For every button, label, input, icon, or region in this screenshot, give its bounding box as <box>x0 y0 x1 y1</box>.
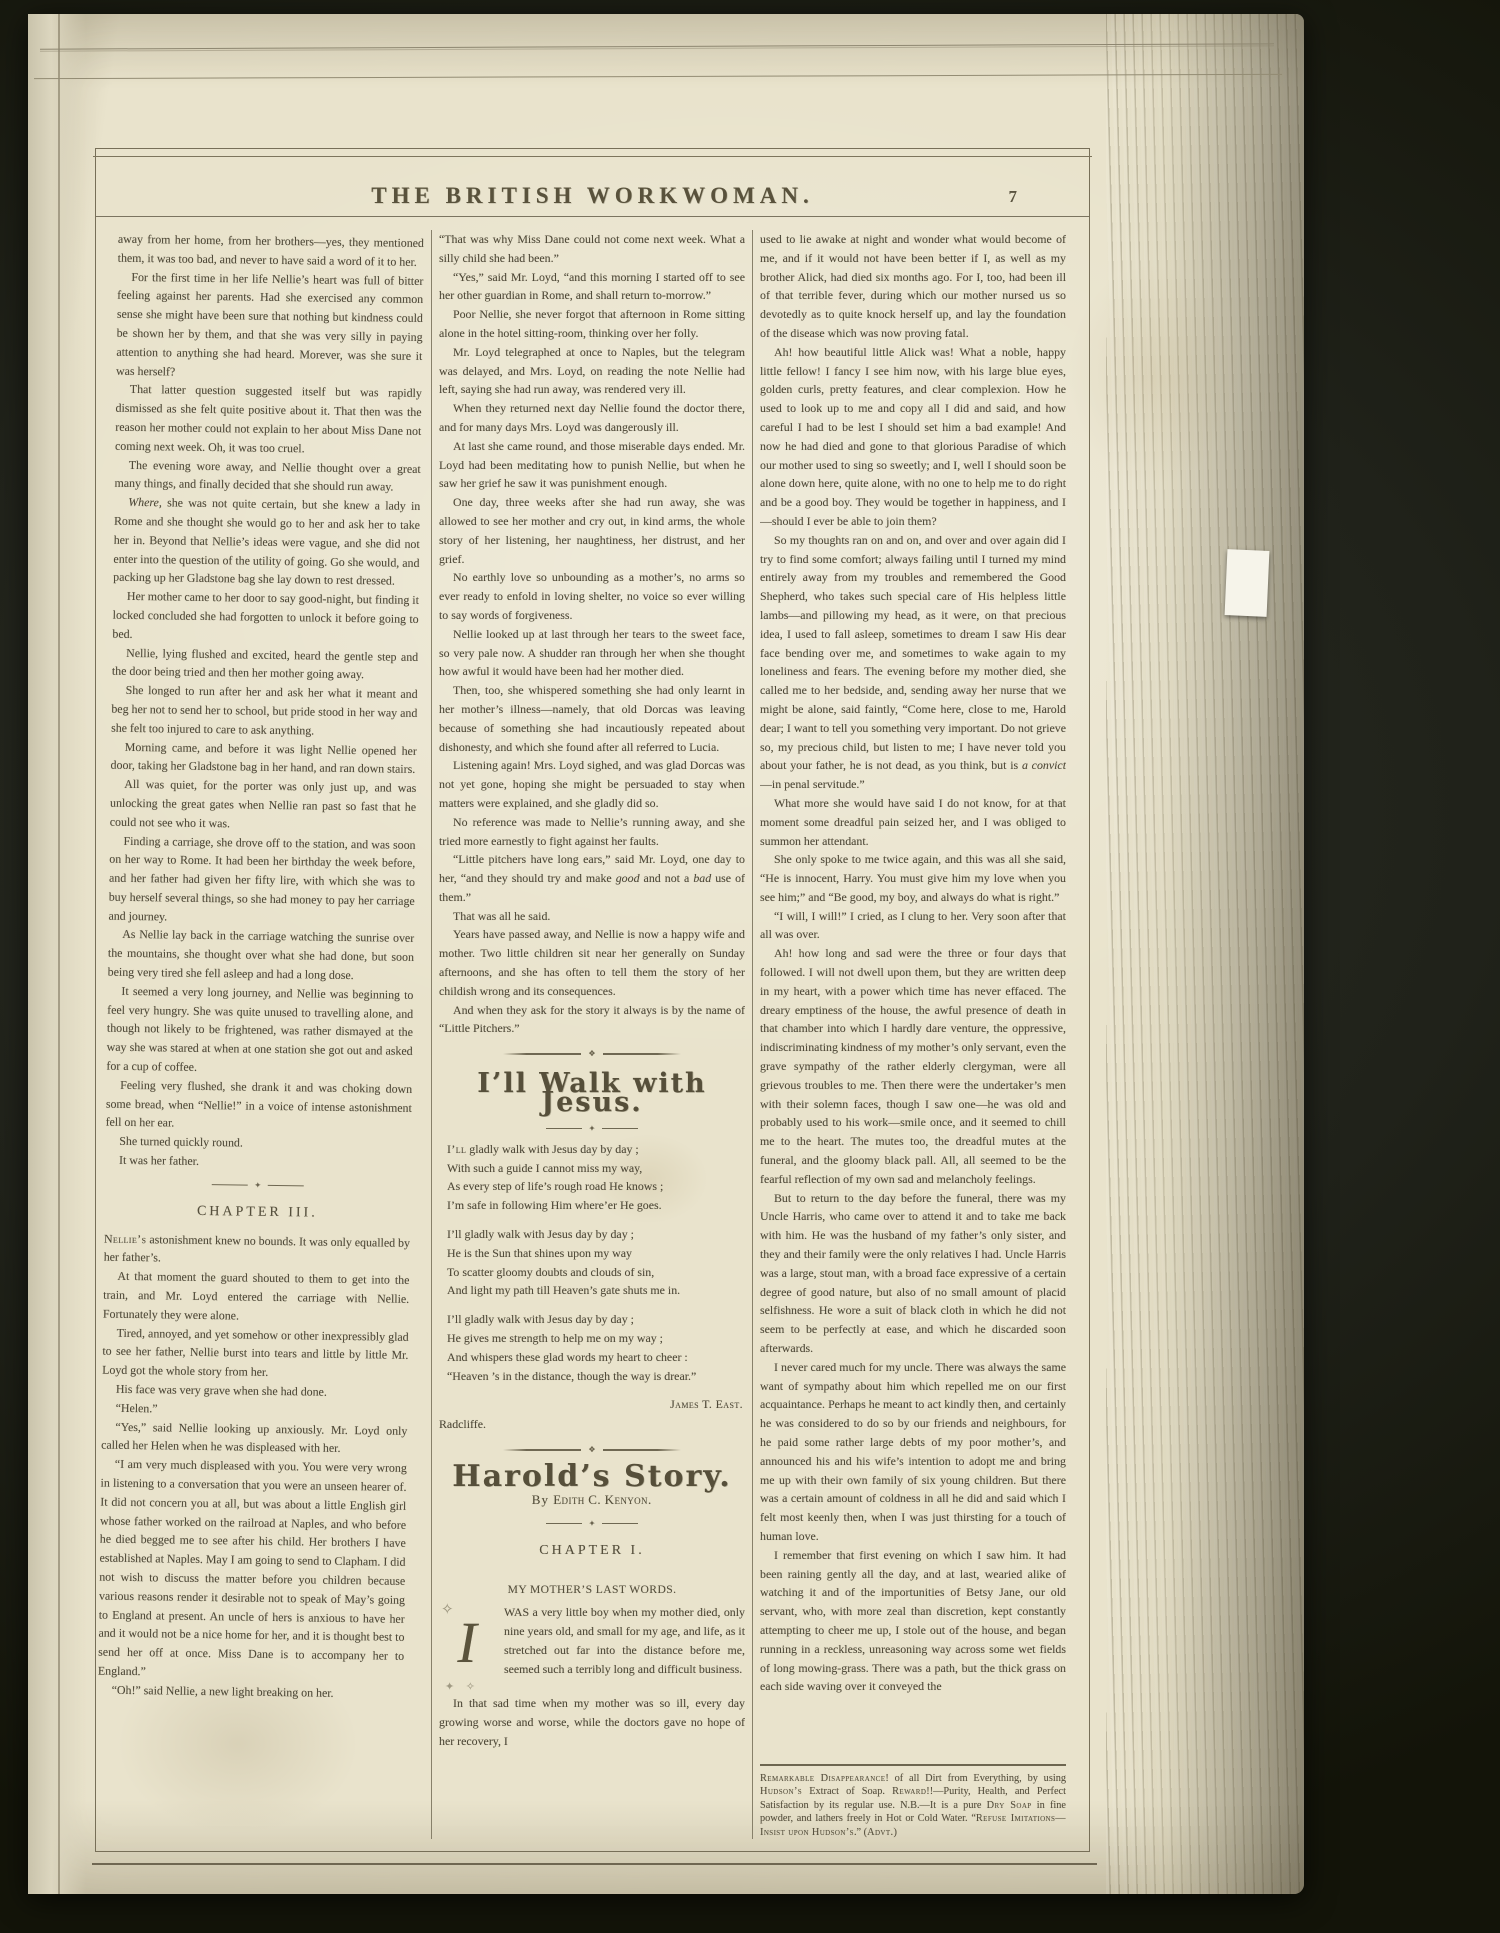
paragraph: Nellie, lying flushed and excited, heard… <box>112 643 418 685</box>
paragraph: I remember that first evening on which I… <box>760 1546 1066 1696</box>
paragraph: “Yes,” said Mr. Loyd, “and this morning … <box>439 268 745 306</box>
running-head: THE BRITISH WORKWOMAN. 7 <box>96 149 1089 217</box>
paragraph: So my thoughts ran on and on, and over a… <box>760 531 1066 794</box>
chapter-heading: CHAPTER I. <box>439 1542 745 1561</box>
ornament-icon: ❖ <box>588 1050 595 1058</box>
paragraph: Years have passed away, and Nellie is no… <box>439 925 745 1000</box>
paragraph: As Nellie lay back in the carriage watch… <box>108 925 415 986</box>
paragraph: Morning came, and before it was light Ne… <box>110 737 416 779</box>
ornament-line <box>268 1185 304 1187</box>
advertisement: Remarkable Disappearance! of all Dirt fr… <box>760 1764 1066 1839</box>
ornament-line <box>602 1523 638 1524</box>
paragraph: Mr. Loyd telegraphed at once to Naples, … <box>439 343 745 399</box>
paragraph: And when they ask for the story it alway… <box>439 1001 745 1039</box>
poem-title: I’ll Walk with Jesus. <box>439 1075 745 1113</box>
paragraph: That latter question suggested itself bu… <box>115 380 422 459</box>
section-subtitle: MY MOTHER’S LAST WORDS. <box>439 1581 745 1600</box>
story-title: Harold’s Story. <box>439 1468 745 1487</box>
ornament-line <box>211 1184 247 1186</box>
paragraph: Feeling very flushed, she drank it and w… <box>105 1075 412 1136</box>
poem-stanza: I’ll gladly walk with Jesus day by day ;… <box>447 1310 745 1385</box>
paragraph: But to return to the day before the fune… <box>760 1189 1066 1358</box>
decorated-initial: I <box>439 1606 495 1694</box>
paragraph: At that moment the guard shouted to them… <box>103 1267 410 1328</box>
paragraph: “Little pitchers have long ears,” said M… <box>439 850 745 906</box>
ornament-icon: ✦ <box>254 1182 261 1190</box>
ornament-divider: ✦ <box>105 1179 411 1191</box>
ornament-icon: ✦ <box>589 1125 596 1133</box>
paragraph: She only spoke to me twice again, and th… <box>760 850 1066 906</box>
chapter-heading: CHAPTER III. <box>104 1201 410 1224</box>
poem-place: Radcliffe. <box>439 1415 745 1434</box>
paragraph: “I will, I will!” I cried, as I clung to… <box>760 907 1066 945</box>
paragraph: It was her father. <box>105 1151 411 1174</box>
paragraph: away from her home, from her brothers—ye… <box>118 230 424 272</box>
paragraph: “I am very much displeased with you. You… <box>98 1455 407 1685</box>
ornament-line <box>546 1523 582 1524</box>
ornament-icon: ❖ <box>588 1446 595 1454</box>
ornament-line <box>503 1449 581 1451</box>
paragraph: Ah! how long and sad were the three or f… <box>760 944 1066 1188</box>
opening-paragraph: IWAS a very little boy when my mother di… <box>439 1603 745 1694</box>
paragraph: “Yes,” said Nellie looking up anxiously.… <box>101 1417 407 1459</box>
text-column-right: used to lie awake at night and wonder wh… <box>760 230 1066 1839</box>
text-columns: away from her home, from her brothers—ye… <box>96 217 1089 1851</box>
ornament-divider: ✦ <box>439 1520 745 1528</box>
ornament-divider: ✦ <box>439 1125 745 1133</box>
poem-stanza: I’ll gladly walk with Jesus day by day ;… <box>447 1140 745 1215</box>
paragraph: In that sad time when my mother was so i… <box>439 1694 745 1750</box>
paragraph: She longed to run after her and ask her … <box>111 681 418 742</box>
story-byline: By Edith C. Kenyon. <box>439 1491 745 1510</box>
ornament-line <box>503 1053 581 1055</box>
previous-page-edge <box>28 14 86 1894</box>
paragraph: used to lie awake at night and wonder wh… <box>760 230 1066 343</box>
top-rule-2 <box>34 74 1282 79</box>
ornament-line <box>603 1053 681 1055</box>
column-rule <box>752 230 753 1839</box>
ornament-line <box>546 1128 582 1129</box>
poem-author: James T. East. <box>439 1395 743 1414</box>
paragraph: It seemed a very long journey, and Nelli… <box>106 982 413 1080</box>
fanned-page-edges <box>1106 14 1304 1894</box>
paragraph: Then, too, she whispered something she h… <box>439 681 745 756</box>
ornament-icon: ✦ <box>589 1520 596 1528</box>
paragraph: At last she came round, and those misera… <box>439 437 745 493</box>
paragraph: The evening wore away, and Nellie though… <box>114 455 420 497</box>
paragraph: “That was why Miss Dane could not come n… <box>439 230 745 268</box>
page-number: 7 <box>1009 187 1018 207</box>
page-crease-line <box>58 14 60 1894</box>
top-rule <box>40 43 1274 49</box>
paragraph: “Oh!” said Nellie, a new light breaking … <box>98 1680 404 1703</box>
paragraph: No earthly love so unbounding as a mothe… <box>439 568 745 624</box>
inserted-bookmark <box>1225 549 1270 617</box>
paragraph: Finding a carriage, she drove off to the… <box>108 831 415 929</box>
photograph-background: THE BRITISH WORKWOMAN. 7 away from her h… <box>0 0 1500 1933</box>
paragraph: For the first time in her life Nellie’s … <box>116 267 424 384</box>
paragraph: Poor Nellie, she never forgot that after… <box>439 305 745 343</box>
poem-stanza: I’ll gladly walk with Jesus day by day ;… <box>447 1225 745 1300</box>
paragraph: One day, three weeks after she had run a… <box>439 493 745 568</box>
paragraph: Her mother came to her door to say good-… <box>112 587 419 648</box>
paragraph: Nellie’s astonishment knew no bounds. It… <box>104 1229 410 1271</box>
column-rule <box>431 230 432 1839</box>
ornament-divider: ❖ <box>439 1050 745 1058</box>
page-title: THE BRITISH WORKWOMAN. <box>96 183 1089 209</box>
paragraph: All was quiet, for the porter was only j… <box>110 775 417 836</box>
paragraph: I never cared much for my uncle. There w… <box>760 1358 1066 1546</box>
text-column-centre: “That was why Miss Dane could not come n… <box>439 230 745 1839</box>
ornament-line <box>602 1128 638 1129</box>
paragraph: No reference was made to Nellie’s runnin… <box>439 813 745 851</box>
paragraph: Ah! how beautiful little Alick was! What… <box>760 343 1066 531</box>
ornament-line <box>603 1449 681 1451</box>
advertisement-text: Remarkable Disappearance! of all Dirt fr… <box>760 1772 1066 1839</box>
paragraph: Tired, annoyed, and yet somehow or other… <box>102 1323 409 1384</box>
paragraph: When they returned next day Nellie found… <box>439 399 745 437</box>
paragraph: Where, she was not quite certain, but sh… <box>113 493 420 591</box>
paragraph: What more she would have said I do not k… <box>760 794 1066 850</box>
paragraph: Listening again! Mrs. Loyd sighed, and w… <box>439 756 745 812</box>
paragraph: That was all he said. <box>439 907 745 926</box>
paragraph: Nellie looked up at last through her tea… <box>439 625 745 681</box>
text-column-left: away from her home, from her brothers—ye… <box>96 230 424 1843</box>
content-frame: THE BRITISH WORKWOMAN. 7 away from her h… <box>95 148 1090 1852</box>
book-page: THE BRITISH WORKWOMAN. 7 away from her h… <box>28 14 1304 1894</box>
ornament-divider: ❖ <box>439 1446 745 1454</box>
